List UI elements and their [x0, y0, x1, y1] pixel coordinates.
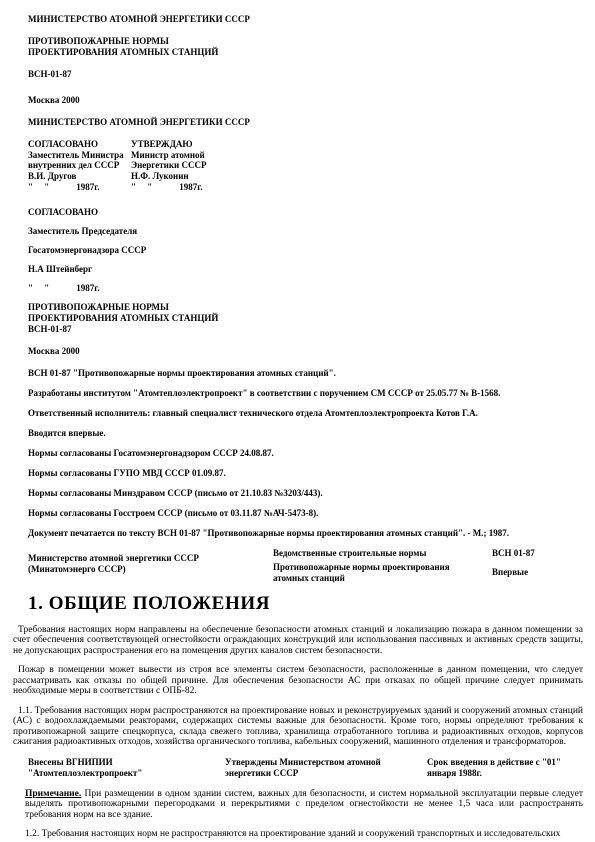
clause-1-1-paragraph: 1.1. Требования настоящих норм распростр…	[13, 706, 583, 748]
title-block-code: ВСН-01-87	[28, 324, 583, 335]
agreed2-position-line2: Госатомэнергонадзора СССР	[28, 245, 583, 256]
clause-1-2-paragraph: 1.2. Требования настоящих норм не распро…	[25, 829, 583, 840]
preamble-paragraph: Нормы согласованы Минздравом СССР (письм…	[28, 488, 568, 499]
note-label: Примечание.	[25, 789, 81, 799]
section-1-paragraph-intro: Требования настоящих норм направлены на …	[13, 625, 583, 657]
document-title: ПРОТИВОПОЖАРНЫЕ НОРМЫ ПРОЕКТИРОВАНИЯ АТО…	[28, 36, 583, 58]
agreed2-signatory-name: Н.А Штейнберг	[28, 264, 583, 275]
ministry-heading-repeat: МИНИСТЕРСТВО АТОМНОЙ ЭНЕРГЕТИКИ СССР	[28, 117, 583, 128]
approved-label: УТВЕРЖДАЮ	[131, 139, 281, 150]
stamp-norm-type: Ведомственные строительные нормы	[273, 548, 478, 559]
intro-effective-date-cell: Срок введения в действие с "01" января 1…	[427, 757, 583, 779]
section-1-paragraph-fire: Пожар в помещении может вывести из строя…	[13, 665, 583, 697]
agreed-label: СОГЛАСОВАНО	[28, 139, 131, 150]
preamble-paragraph: Документ печатается по тексту ВСН 01-87 …	[28, 528, 568, 539]
stamp-edition: Впервые	[492, 567, 583, 578]
note-text: При размещении в одном здании систем, ва…	[25, 789, 583, 820]
document-page: МИНИСТЕРСТВО АТОМНОЙ ЭНЕРГЕТИКИ СССР ПРО…	[0, 0, 595, 842]
agreed-signatory-name: В.И. Другов	[28, 171, 131, 182]
city-year-repeat: Москва 2000	[28, 346, 583, 357]
second-agreed-block: СОГЛАСОВАНО Заместитель Председателя Гос…	[13, 207, 583, 294]
note-paragraph: Примечание. При размещении в одном здани…	[25, 789, 583, 821]
agreed-position-line2: внутренних дел СССР	[28, 160, 131, 171]
agreed2-position-line1: Заместитель Председателя	[28, 226, 583, 237]
ministry-heading: МИНИСТЕРСТВО АТОМНОЙ ЭНЕРГЕТИКИ СССР	[28, 14, 583, 25]
document-title-line2: ПРОЕКТИРОВАНИЯ АТОМНЫХ СТАНЦИЙ	[28, 47, 583, 58]
approved-position-line1: Министр атомной	[131, 150, 281, 161]
approval-block: СОГЛАСОВАНО Заместитель Министра внутрен…	[28, 139, 583, 193]
approved-column: УТВЕРЖДАЮ Министр атомной Энергетики ССС…	[131, 139, 281, 193]
intro-submitted-line2: "Атомтеплоэлектропроект"	[28, 768, 225, 779]
approved-signatory-name: Н.Ф. Луконин	[131, 171, 281, 182]
stamp-norm-cell: Ведомственные строительные нормы Противо…	[273, 548, 478, 584]
agreed-position-line1: Заместитель Министра	[28, 150, 131, 161]
approved-position-line2: Энергетики СССР	[131, 160, 281, 171]
title-block: ПРОТИВОПОЖАРНЫЕ НОРМЫ ПРОЕКТИРОВАНИЯ АТО…	[28, 302, 583, 335]
stamp-code-cell: ВСН 01-87 Впервые	[492, 548, 583, 584]
title-block-line2: ПРОЕКТИРОВАНИЯ АТОМНЫХ СТАНЦИЙ	[28, 313, 583, 324]
preamble: ВСН 01-87 "Противопожарные нормы проекти…	[13, 368, 583, 539]
preamble-paragraph: Нормы согласованы Госстроем СССР (письмо…	[28, 508, 568, 519]
preamble-paragraph: Нормы согласованы ГУПО МВД СССР 01.09.87…	[28, 468, 568, 479]
agreed-column: СОГЛАСОВАНО Заместитель Министра внутрен…	[28, 139, 131, 193]
intro-approved-cell: Утверждены Министерством атомной энергет…	[225, 757, 427, 779]
approved-date-line: " " 1987г.	[131, 182, 281, 193]
agreed2-label: СОГЛАСОВАНО	[28, 207, 583, 218]
stamp-code: ВСН 01-87	[492, 548, 583, 559]
introduction-table: Внесены ВГНИПИИ "Атомтеплоэлектропроект"…	[28, 757, 583, 779]
intro-submitted-line1: Внесены ВГНИПИИ	[28, 757, 225, 768]
preamble-paragraph: Разработаны институтом "Атомтеплоэлектро…	[28, 388, 568, 399]
intro-submitted-cell: Внесены ВГНИПИИ "Атомтеплоэлектропроект"	[28, 757, 225, 779]
title-block-line1: ПРОТИВОПОЖАРНЫЕ НОРМЫ	[28, 302, 583, 313]
agreed-date-line: " " 1987г.	[28, 182, 131, 193]
agreed2-date-line: " " 1987г.	[28, 283, 583, 294]
preamble-paragraph: Ответственный исполнитель: главный специ…	[28, 408, 568, 419]
preamble-paragraph: ВСН 01-87 "Противопожарные нормы проекти…	[28, 368, 568, 379]
document-code: ВСН-01-87	[28, 69, 583, 80]
document-title-line1: ПРОТИВОПОЖАРНЫЕ НОРМЫ	[28, 36, 583, 47]
preamble-paragraph: Нормы согласованы Госатомэнергонадзором …	[28, 448, 568, 459]
city-year: Москва 2000	[28, 95, 583, 106]
stamp-table: Министерство атомной энергетики СССР (Ми…	[28, 548, 583, 584]
section-1-heading: 1. ОБЩИЕ ПОЛОЖЕНИЯ	[28, 592, 583, 615]
stamp-norm-title: Противопожарные нормы проектирования ато…	[273, 562, 478, 584]
preamble-paragraph: Вводится впервые.	[28, 428, 568, 439]
stamp-org-cell: Министерство атомной энергетики СССР (Ми…	[28, 548, 263, 584]
